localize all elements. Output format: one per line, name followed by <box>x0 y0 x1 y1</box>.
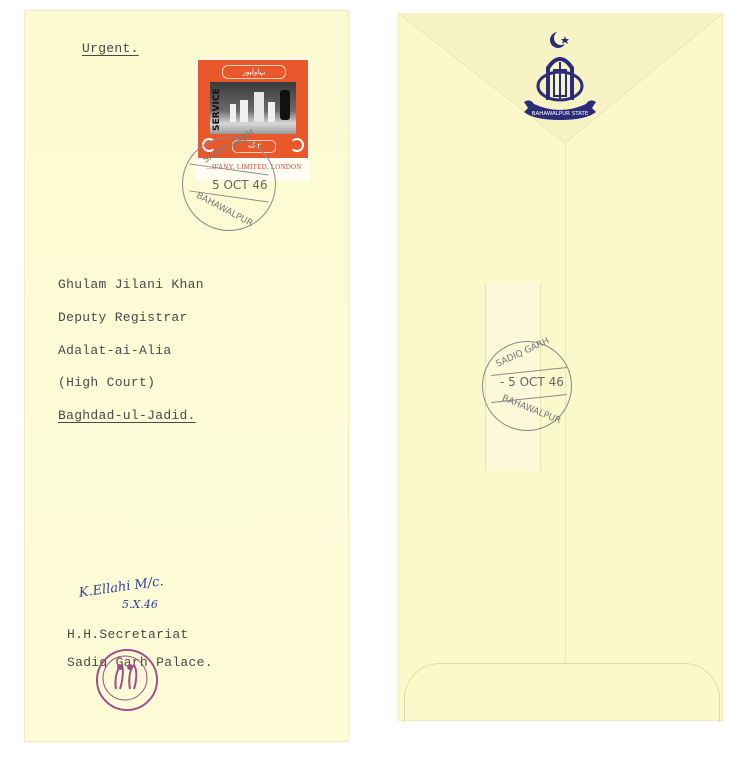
postmark-back-date: - 5 OCT 46 <box>500 375 564 389</box>
stamp-overprint: SERVICE <box>212 87 226 133</box>
crest-caption: BAHAWALPUR STATE <box>532 111 589 117</box>
address-line-court: Adalat-ai-Alia <box>58 343 171 358</box>
bahawalpur-state-crest: BAHAWALPUR STATE <box>520 28 600 123</box>
sender-line-1: H.H.Secretariat <box>67 627 189 642</box>
stamp-top-inscription: بہاولپور <box>222 65 286 79</box>
envelope-bottom-flap <box>404 663 720 722</box>
handwritten-date: 5.X.46 <box>122 598 158 611</box>
address-line-court-en: (High Court) <box>58 375 155 390</box>
address-line-name: Ghulam Jilani Khan <box>58 277 204 292</box>
tosha-khana-seal <box>96 649 158 711</box>
urgent-label: Urgent. <box>82 41 139 56</box>
crescent-icon <box>290 138 304 152</box>
postmark-date: 5 OCT 46 <box>212 178 268 192</box>
address-line-city: Baghdad-ul-Jadid. <box>58 408 196 423</box>
address-line-title: Deputy Registrar <box>58 310 188 325</box>
